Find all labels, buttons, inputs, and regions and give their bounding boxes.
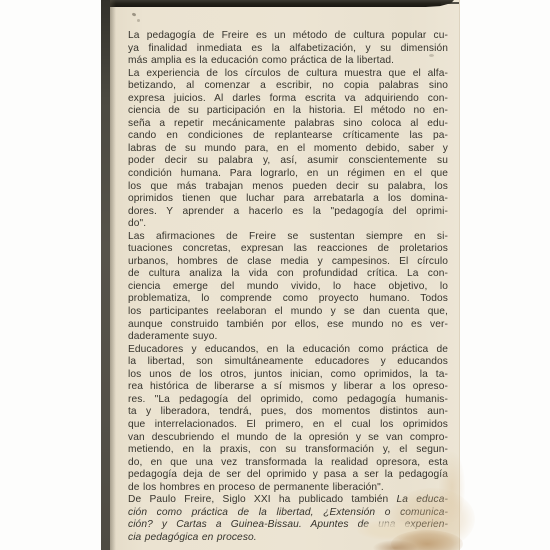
text-line: poder decir su palabra y, así, asumir co… <box>128 155 448 168</box>
text-line: do, en que una vez transformada la reali… <box>128 457 448 470</box>
text-line: La pedagogía de Freire es un método de c… <box>128 30 448 43</box>
text-line: problematiza, lo comprende como proyecto… <box>128 293 448 306</box>
text-line: dores. Y aprender a hacerlo es la "pedag… <box>128 206 448 219</box>
back-cover-text: La pedagogía de Freire es un método de c… <box>128 30 448 544</box>
text-line: los participantes reelaboran el mundo y … <box>128 306 448 319</box>
text-line: metiendo, en la praxis, con su transform… <box>128 444 448 457</box>
text-line: De Paulo Freire, Siglo XXI ha publicado … <box>128 494 448 507</box>
text-line: do". <box>128 218 448 231</box>
dust-speck <box>137 19 140 22</box>
text-line: van descubriendo el mundo de la opresión… <box>128 432 448 445</box>
text-line: urbanos, hombres de clase media y campes… <box>128 256 448 269</box>
text-line: oprimidos tienen que luchar para arrebat… <box>128 193 448 206</box>
text-line: tuaciones concretas, expresan las reacci… <box>128 243 448 256</box>
text-line: seña a repetir mecánicamente palabras si… <box>128 118 448 131</box>
text-line: de cultura analiza la vida con profundid… <box>128 268 448 281</box>
text-line: condición humana. Para lograrlo, en un r… <box>128 168 448 181</box>
text-line: Las afirmaciones de Freire se sustentan … <box>128 231 448 244</box>
text-line: que interrelacionados. El primero, en el… <box>128 419 448 432</box>
text-line: res. "La pedagogía del oprimido, como pe… <box>128 394 448 407</box>
text-line: más amplia es la educación como práctica… <box>128 55 448 68</box>
text-line: La experiencia de los círculos de cultur… <box>128 68 448 81</box>
text-line: cia pedagógica en proceso. <box>128 532 448 545</box>
text-line: ción como práctica de la libertad, ¿Exte… <box>128 507 448 520</box>
text-line: los que más trabajan menos pueden decir … <box>128 181 448 194</box>
text-line: ción? y Cartas a Guinea-Bissau. Apuntes … <box>128 519 448 532</box>
text-line: rea histórica de liberarse a sí mismos y… <box>128 381 448 394</box>
book-top-edge-taper <box>441 2 459 4</box>
text-line: los unos de los otros, juntos inician, c… <box>128 369 448 382</box>
text-line: aunque construido también por ellos, ese… <box>128 319 448 332</box>
text-line: labras de su mundo para, en el momento d… <box>128 143 448 156</box>
text-line: pedagogía deja de ser del oprimido y pas… <box>128 469 448 482</box>
book-top-edge <box>101 0 454 7</box>
text-line: cando en condiciones de replantearse crí… <box>128 130 448 143</box>
text-line: la libertad, son simultáneamente educado… <box>128 356 448 369</box>
scanned-photo: La pedagogía de Freire es un método de c… <box>0 0 550 550</box>
book-spine-edge <box>101 0 110 550</box>
text-line: ta y liberadora, tendrá, pues, dos momen… <box>128 406 448 419</box>
text-line: ciencia de su participación en la histor… <box>128 105 448 118</box>
book-back-cover: La pedagogía de Freire es un método de c… <box>101 0 460 550</box>
text-line: expresa juicios. Al darles forma escrita… <box>128 93 448 106</box>
text-line: de los hombres en proceso de permanente … <box>128 482 448 495</box>
text-line: daderamente suyo. <box>128 331 448 344</box>
text-line: ya finalidad inmediata es la alfabetizac… <box>128 43 448 56</box>
dust-speck <box>132 12 137 16</box>
text-line: betizando, al comenzar a escribir, no co… <box>128 80 448 93</box>
text-line: Educadores y educandos, en la educación … <box>128 344 448 357</box>
book-spine-shadow <box>110 0 116 550</box>
text-line: ciencia emerge del mundo vivido, lo hace… <box>128 281 448 294</box>
